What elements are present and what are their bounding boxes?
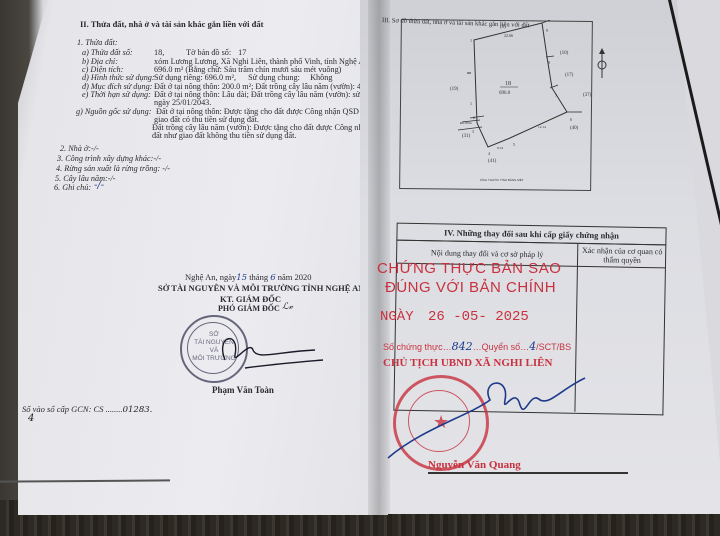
- svg-text:1: 1: [470, 38, 472, 43]
- section-ii-title: II. Thửa đất, nhà ở và tài sản khác gắn …: [80, 19, 263, 29]
- deputy-signature: [205, 330, 325, 375]
- svg-text:5: 5: [513, 142, 515, 147]
- signer-name-right: Nguyễn Văn Quang: [428, 460, 521, 470]
- record-number: 842: [452, 340, 473, 353]
- svg-text:696.0: 696.0: [499, 91, 511, 96]
- svg-text:1: 1: [470, 101, 472, 106]
- svg-text:(19): (19): [450, 87, 459, 92]
- svg-text:ĐƯỜNG: ĐƯỜNG: [460, 120, 472, 125]
- svg-text:(41): (41): [488, 159, 497, 164]
- place-date-prefix: Nghệ An, ngày: [185, 272, 236, 282]
- svg-text:2: 2: [473, 115, 475, 120]
- notes-handwritten: -/-: [94, 181, 104, 191]
- svg-text:(10): (10): [560, 51, 569, 56]
- registry-initials: 4: [28, 414, 34, 424]
- svg-text:18: 18: [505, 81, 511, 87]
- north-arrow-icon: [598, 48, 606, 78]
- parcel-diagram: (10) (9) (17) (37) (40) (41) (31) (19) 1…: [400, 20, 610, 195]
- svg-text:(9): (9): [500, 25, 506, 30]
- book-prefix: Quyển số: [482, 342, 521, 352]
- field-label: g) Nguồn gốc sử dụng:: [76, 107, 154, 117]
- field-usage-term: e) Thời hạn sử dụng: Đất ở tại nông thôn…: [82, 90, 392, 100]
- cert-authority: CHỦ TỊCH UBND XÃ NGHI LIÊN: [383, 358, 552, 368]
- field-extra-value: 17: [238, 48, 246, 57]
- item-notes: 6. Ghi chú:: [54, 183, 91, 193]
- issuing-agency: SỞ TÀI NGUYÊN VÀ MÔI TRƯỜNG TỈNH NGHỆ AN: [158, 283, 364, 293]
- cert-line-2: ĐÚNG VỚI BẢN CHÍNH: [385, 283, 556, 293]
- column-header-confirmation: Xác nhận của cơ quan có thẩm quyền: [577, 246, 667, 266]
- svg-text:8.54: 8.54: [497, 146, 503, 150]
- cert-date-label: NGÀY: [380, 309, 414, 325]
- book-number: 4: [529, 340, 536, 353]
- field-extra-value: Không: [310, 73, 332, 82]
- svg-text:12.14: 12.14: [538, 125, 546, 129]
- parcel-heading: 1. Thửa đất:: [77, 38, 118, 48]
- cert-date: NGÀY 26 -05- 2025: [380, 312, 529, 322]
- place-date: Nghệ An, ngày15 tháng 6 năm 2020: [185, 272, 312, 283]
- sign-day: 15: [236, 273, 247, 283]
- field-origin-line4: đất như giao đất không thu tiền sử dụng …: [152, 131, 296, 141]
- svg-text:(17): (17): [565, 73, 574, 78]
- svg-text:KÍCH THƯỚC TÍNH BẰNG MÉT: KÍCH THƯỚC TÍNH BẰNG MÉT: [480, 177, 524, 182]
- month-label: tháng: [249, 272, 268, 282]
- item-planted-forest: 4. Rừng sản xuất là rừng trồng: -/-: [56, 164, 170, 174]
- column-header-content: Nội dung thay đổi và cơ sở pháp lý: [397, 248, 577, 260]
- cert-record: Số chứng thực…842…Quyển số…4/SCT/BS: [383, 342, 571, 352]
- role-deputy-director: PHÓ GIÁM ĐỐC: [218, 304, 280, 314]
- field-label: e) Thời hạn sử dụng:: [82, 90, 152, 100]
- svg-text:6: 6: [570, 117, 572, 122]
- cert-date-value: 26 -05- 2025: [428, 309, 529, 325]
- svg-text:(37): (37): [583, 93, 592, 98]
- record-prefix: Số chứng thực: [383, 342, 443, 352]
- deputy-signature-initial: ℒ𝓋: [282, 302, 293, 312]
- signature-underline: [428, 472, 628, 474]
- item-house: 2. Nhà ở:-/-: [60, 144, 99, 154]
- chairman-signature: [380, 370, 600, 465]
- registry-number: Số vào sổ cấp GCN: CS ........01283.: [22, 404, 152, 415]
- book-suffix: SCT/BS: [539, 342, 572, 352]
- svg-text:(31): (31): [462, 134, 471, 139]
- registry-value: 01283.: [123, 405, 153, 415]
- sign-month: 6: [270, 273, 275, 283]
- cert-line-1: CHỨNG THỰC BẢN SAO: [377, 264, 561, 274]
- svg-text:22.66: 22.66: [504, 33, 513, 38]
- svg-text:3: 3: [472, 129, 474, 134]
- signer-name-left: Phạm Văn Toàn: [212, 385, 274, 395]
- role-director: KT. GIÁM ĐỐC: [220, 294, 281, 304]
- svg-text:8: 8: [548, 60, 550, 65]
- svg-text:(40): (40): [570, 126, 579, 131]
- svg-text:7: 7: [555, 93, 557, 98]
- changes-table-title: IV. Những thay đổi sau khi cấp giấy chứn…: [397, 227, 665, 242]
- year-label: năm 2020: [278, 272, 312, 282]
- svg-text:9: 9: [546, 28, 548, 33]
- item-other-construction: 3. Công trình xây dựng khác:-/-: [57, 154, 161, 164]
- registry-label: Số vào sổ cấp GCN: CS ........: [22, 404, 123, 414]
- svg-text:4: 4: [488, 151, 490, 156]
